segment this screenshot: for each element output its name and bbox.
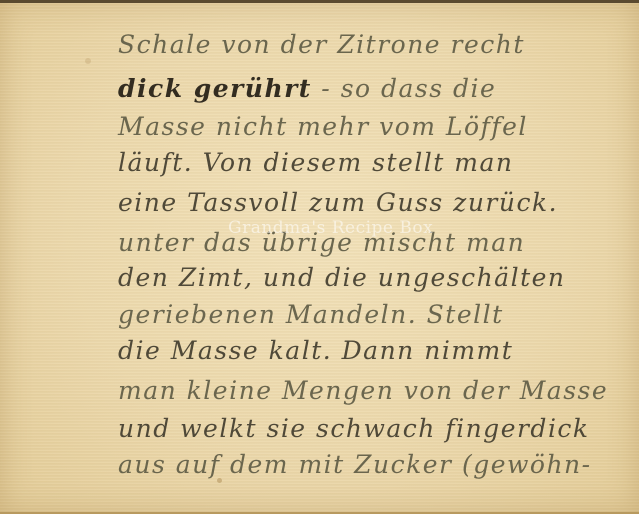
handwritten-line-2: dick gerührt - so dass die [118, 74, 496, 103]
handwritten-line-3: Masse nicht mehr vom Löffel [118, 112, 528, 141]
line-2-emphasized-text: dick gerührt [118, 74, 312, 103]
handwritten-line-10: man kleine Mengen von der Masse [118, 376, 608, 405]
handwritten-line-5: eine Tassvoll zum Guss zurück. [118, 188, 558, 217]
handwritten-line-12: aus auf dem mit Zucker (gewöhn- [118, 450, 592, 479]
recipe-page: Schale von der Zitrone recht dick gerühr… [0, 0, 639, 514]
handwritten-line-1: Schale von der Zitrone recht [118, 30, 525, 59]
handwritten-line-8: geriebenen Mandeln. Stellt [118, 300, 504, 329]
handwritten-line-11: und welkt sie schwach fingerdick [118, 414, 590, 443]
handwritten-line-7: den Zimt, und die ungeschälten [118, 263, 566, 292]
paper-stain [217, 478, 222, 483]
watermark: Grandma's Recipe Box [228, 218, 433, 238]
page-top-edge [0, 0, 639, 3]
paper-stain [85, 58, 91, 64]
handwritten-line-9: die Masse kalt. Dann nimmt [118, 336, 513, 365]
line-2-text: - so dass die [312, 74, 496, 103]
handwritten-line-4: läuft. Von diesem stellt man [118, 148, 514, 177]
